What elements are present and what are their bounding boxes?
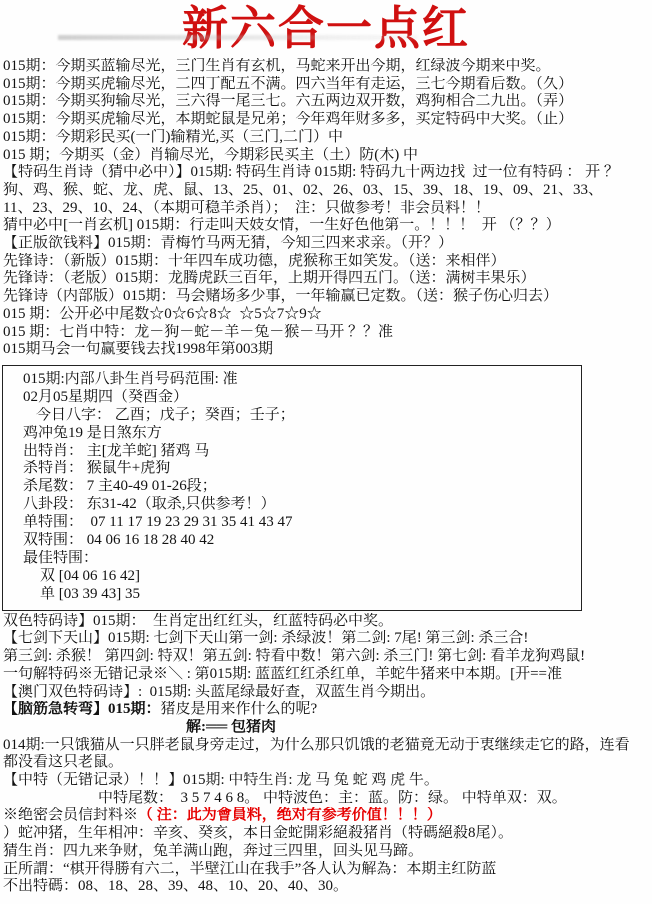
- tail-numbers-line: 015 期：公开必中尾数☆0☆6☆8☆ ☆5☆7☆9☆: [0, 306, 652, 324]
- seven-swords-line-1: 【七剑下天山】015期: 七剑下天山第一剑: 杀绿波！第二剑: 7尾! 第三剑:…: [0, 630, 652, 648]
- one-zodiac-mystery-line: 猜中必中[一肖玄机] 015期：行走叫天妓女情，一生好色他第一。！！！ 开 （？…: [0, 217, 652, 235]
- panel-kill-zodiac-line: 杀特肖： 猴鼠牛+虎狗: [3, 460, 581, 478]
- panel-best-even-line: 双 [04 06 16 42]: [3, 568, 581, 586]
- sentence-solve-line: 一句解特码※无错记录※＼ : 第015期: 蓝蓝红红杀红单，羊蛇牛猪来中本期。[…: [0, 666, 652, 684]
- saying-line: 正所謂：“棋开得勝有六二，半壁江山在我手”各人认为解為：本期主红防蓝: [0, 861, 652, 879]
- guess-zodiac-line: 猜生肖：四九来争财，兔羊满山跑，奔过三四里，回头见马蹄。: [0, 843, 652, 861]
- panel-bazi-line: 今日八字： 乙酉；戊子；癸酉；壬子；: [3, 407, 581, 425]
- brain-teaser-label: 【脑筋急转弯】015期：: [3, 701, 161, 717]
- pioneer-verse-old: 先锋诗：（老版）015期：龙腾虎跃三百年，上期开得四五门。（送：满树丰果乐）: [0, 270, 652, 288]
- pioneer-verse-new: 先锋诗：（新版）015期：十年四车成功德，虎猴称王如笑发。（送：来相伴）: [0, 253, 652, 271]
- macau-verse-line: 【澳门双色特码诗】: 015期: 头蓝尾绿最好查，双蓝生肖今期出。: [0, 684, 652, 702]
- panel-kill-tail-line: 杀尾数： 7 主40-49 01-26段；: [3, 478, 581, 496]
- brain-teaser-prev-1: 014期:一只饿猫从一只胖老鼠身旁走过，为什么那只饥饿的老猫竟无动于衷继续走它的…: [0, 737, 652, 755]
- verse-line: 015期：今期买蓝输尽光，三门生肖有玄机，马蛇来开出今期，红绿波今期来中奖。: [0, 58, 652, 76]
- panel-even-range-line: 双特围： 04 06 16 18 28 40 42: [3, 532, 581, 550]
- two-color-verse-line: 双色特码诗】015期： 生肖定出红红头，红蓝特码必中奖。: [0, 613, 652, 631]
- tip-sheet-page: 新六合一点红 015期：今期买蓝输尽光，三门生肖有玄机，马蛇来开出今期，红绿波今…: [0, 0, 652, 904]
- page-title: 新六合一点红: [0, 2, 652, 56]
- panel-line: 015期:内部八卦生肖号码范围: 准: [3, 371, 581, 389]
- panel-date-line: 02月05星期四（癸酉金）: [3, 389, 581, 407]
- zhongte-detail-line: 中特尾数： 3 5 7 4 6 8。 中特波色：主：蓝。防：绿。 中特单双：双。: [0, 790, 652, 808]
- bagua-info-panel: 015期:内部八卦生肖号码范围: 准 02月05星期四（癸酉金） 今日八字： 乙…: [2, 365, 582, 611]
- panel-best-odd-line: 单 [03 39 43] 35: [3, 586, 581, 604]
- money-verse-line: 【正版欲钱料】015期：青梅竹马两无猜，今知三四来求亲。（开？）: [0, 235, 652, 253]
- verse-line: 015期：今期买虎输尽光，本期蛇鼠是兄弟；今年鸡年财多多，买定特码中大奖。（止）: [0, 111, 652, 129]
- excluded-numbers-line: 不出特碼：08、18、28、39、48、10、20、40、30。: [0, 878, 652, 896]
- verse-line: 015 期；今期买（金）肖输尽光，今期彩民买主（土）防(木) 中: [0, 147, 652, 165]
- panel-out-zodiac-line: 出特肖： 主[龙羊蛇] 猪鸡 马: [3, 443, 581, 461]
- panel-bagua-segment-line: 八卦段： 东31-42（取杀,只供参考！）: [3, 496, 581, 514]
- brain-teaser-prev-2: 都没看这只老鼠。: [0, 754, 652, 772]
- brain-teaser-line: 【脑筋急转弯】015期：猪皮是用来作什么的呢?: [0, 701, 652, 719]
- mahui-reference-line: 015期马会一句赢要钱去找1998年第003期: [0, 341, 652, 359]
- secret-member-line: ※绝密会员信封料※（ 注：此为會員料，绝对有参考价值！！！）: [0, 807, 652, 825]
- verse-line: 015期：今期买虎输尽光，二四丁配五不满。四六当年有走运，三七今期看后数。（久）: [0, 76, 652, 94]
- brain-teaser-question: 猪皮是用来作什么的呢?: [161, 701, 318, 717]
- zodiac-number-list-1: 狗、鸡、猴、蛇、龙、虎、鼠、13、25、01、02、26、03、15、39、18…: [0, 182, 652, 200]
- snake-clash-line: ）蛇冲猪，生年相冲：辛亥、癸亥，本日金蛇開彩絕殺猪肖（特碼絕殺8尾）。: [0, 825, 652, 843]
- verse-line: 015期：今期彩民买(一门)输精光,买（三门,二门）中: [0, 129, 652, 147]
- seven-swords-line-2: 第三剑: 杀猴！ 第四剑: 特双！第五剑: 特看中数！第六剑: 杀三门! 第七剑…: [0, 648, 652, 666]
- seven-zodiac-line: 015 期：七肖中特：龙－狗－蛇－羊－兔－猴－马开 ？？准: [0, 324, 652, 342]
- brain-teaser-answer: 解:══ 包猪肉: [0, 719, 652, 737]
- panel-odd-range-line: 单特围： 07 11 17 19 23 29 31 35 41 43 47: [3, 514, 581, 532]
- panel-clash-line: 鸡冲兔19 是日煞东方: [3, 425, 581, 443]
- special-zodiac-verse-header: 【特码生肖诗（猜中必中）】015期: 特码生肖诗 015期: 特码九十两边找 过…: [0, 164, 652, 182]
- panel-best-range-label: 最佳特围：: [3, 550, 581, 568]
- secret-member-note: （ 注：此为會員料，绝对有参考价值！！！）: [138, 807, 442, 823]
- pioneer-verse-internal: 先锋诗（内部版）015期：马会赌场多少事，一年输赢已定数。（送：猴子伤心归去）: [0, 288, 652, 306]
- secret-member-label: ※绝密会员信封料※: [3, 807, 138, 823]
- verse-line: 015期：今期买狗输尽光，三六得一尾三七。六五两边双开数，鸡狗相合二九出。（弄）: [0, 93, 652, 111]
- zhongte-zodiac-line: 【中特（无错记录）！！】015期: 中特生肖: 龙 马 兔 蛇 鸡 虎 牛。: [0, 772, 652, 790]
- zodiac-number-list-2: 11、23、29、10、24、（本期可稳羊杀肖）； 注：只做参考！非会员料！！: [0, 200, 652, 218]
